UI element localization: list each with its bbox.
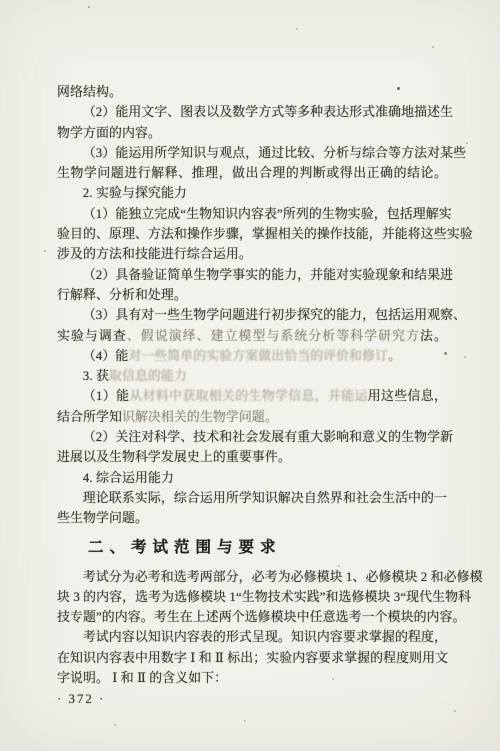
scan-speck [332,678,334,680]
scan-speck [444,352,447,355]
text-line-faded: 结合所学知识解决相关的生物学问题。 [57,407,447,427]
scan-speck [88,6,90,8]
page-number: · 372 · [57,689,447,709]
text-segment: （4）能 [83,349,129,363]
text-line: 理论联系实际，综合运用所学知识解决自然界和社会生活中的一 [57,488,447,508]
text-line: 验目的、原理、方法和操作步骤，掌握相关的操作技能，并能将这些实验 [57,224,447,244]
text-line: （1）能独立完成“生物知识内容表”所列的生物实验，包括理解实 [57,204,447,224]
scan-speck [464,356,466,358]
text-line: （2）关注对科学、技术和社会发展有重大影响和意义的生物学新 [57,427,447,447]
scan-speck [432,46,434,48]
text-line: 考试分为必考和选考两部分，必考为必修模块 1、必修模块 2 和必修模 [57,567,447,587]
scan-speck [397,87,400,90]
text-line: 块 3 的内容，选考为选修模块 1“生物技术实践”和选修模块 3“现代生物科 [57,587,447,607]
text-line-faded: （1）能从材料中获取相关的生物学信息，并能运用这些信息， [57,386,447,406]
scan-speck [296,28,298,30]
text-segment: 用这些信息， [368,389,447,403]
text-segment: 实验与调查 [57,329,127,343]
faded-text-segment: 对一些简单的实验方案做出恰当的评价和修订 [128,349,388,363]
text-line: （2）能用文字、图表以及数学方式等多种表达形式准确地描述生 [57,102,447,122]
faded-text-segment: 识解决相关的生物学问题。 [122,410,278,424]
text-line: 些生物学问题。 [57,508,447,528]
scan-speck [454,710,456,712]
scan-speck [244,720,246,722]
text-line: 涉及的方法和技能进行综合运用。 [57,244,447,264]
scan-speck [44,250,46,252]
text-line: 进展以及生物科学发展史上的重要事件。 [57,447,447,467]
section-heading: 二、考试范围与要求 [57,535,447,561]
scan-speck [466,142,468,144]
subsection-title-faded: 3. 获取信息的能力 [57,366,447,386]
text-line: 生物学问题进行解释、推理，做出合理的判断或得出正确的结论。 [57,163,447,183]
text-line: 技专题”的内容。考生在上述两个选修模块中任意选考一个模块的内容。 [57,607,447,627]
text-segment: 3. 获 [83,369,109,383]
text-line: （3）具有对一些生物学问题进行初步探究的能力，包括运用观察、 [57,305,447,325]
text-line: 物学方面的内容。 [57,123,447,143]
text-line: 在知识内容表中用数字 Ⅰ 和 Ⅱ 标出；实验内容要求掌握的程度则用文 [57,648,447,668]
scan-speck [114,724,116,726]
scan-speck [338,565,340,567]
faded-text-segment: 从材料中获取相关的生物学信息，并能运 [129,389,367,403]
faded-text-segment: 。 [388,349,401,363]
text-line: 考试内容以知识内容表的形式呈现。知识内容要求掌握的程度， [57,627,447,647]
text-line-faded: 实验与调查、假说演绎、建立模型与系统分析等科学研究方法。 [57,326,447,346]
text-line: 行解释、分析和处理。 [57,285,447,305]
subsection-title: 4. 综合运用能力 [57,468,447,488]
text-line-faded: （4）能对一些简单的实验方案做出恰当的评价和修订。 [57,346,447,366]
text-line: （2）具备验证简单生物学事实的能力，并能对实验现象和结果进 [57,265,447,285]
faded-text-segment: 、假说演绎、建立模型与系统分析等科学研究方 [127,329,420,343]
faded-text-segment: 取信息的能力 [109,369,187,383]
text-line: （3）能运用所学知识与观点，通过比较、分析与综合等方法对某些 [57,143,447,163]
text-segment: （1）能 [83,389,130,403]
text-segment: 结合所学知 [57,410,122,424]
subsection-title: 2. 实验与探究能力 [57,183,447,203]
text-segment: 法。 [420,329,447,343]
text-line: 网络结构。 [57,82,447,102]
scanned-page: 网络结构。 （2）能用文字、图表以及数学方式等多种表达形式准确地描述生 物学方面… [0,0,500,751]
text-block: 网络结构。 （2）能用文字、图表以及数学方式等多种表达形式准确地描述生 物学方面… [57,82,447,709]
text-line: 字说明。 Ⅰ 和 Ⅱ 的含义如下： [57,668,447,688]
